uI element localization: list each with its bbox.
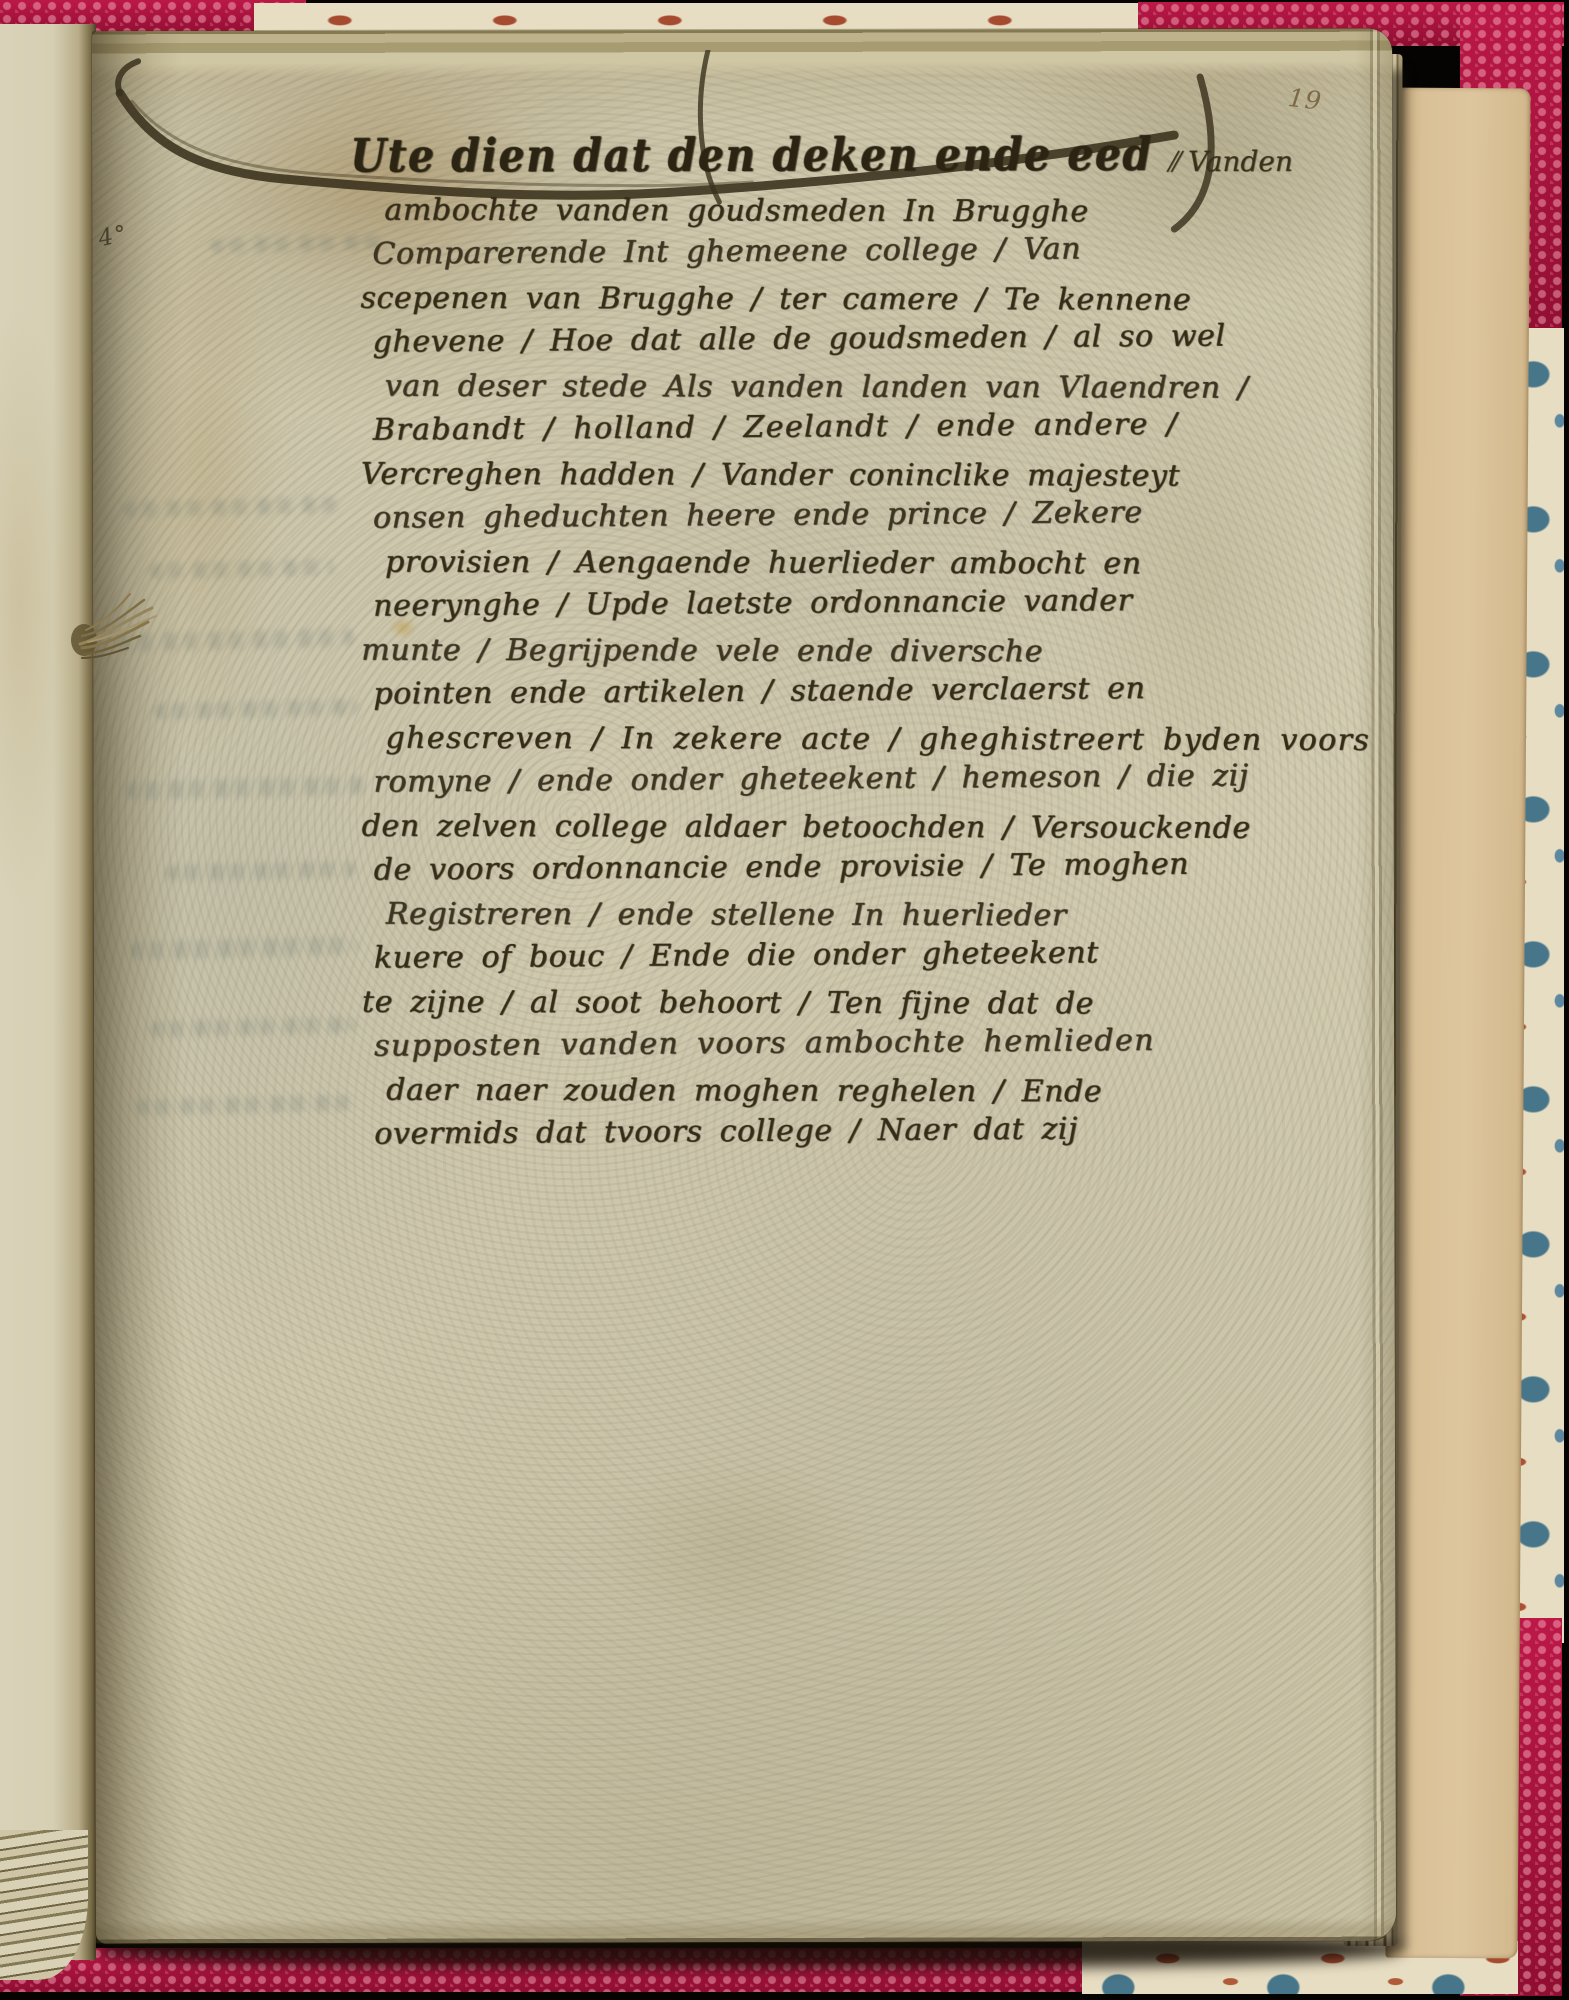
parchment-stain — [595, 1450, 875, 1641]
text-line: Comparerende Int ghemeene college / Van — [372, 227, 1110, 276]
show-through-text — [149, 559, 334, 579]
text-line: Brabandt / holland / Zeelandt / ende and… — [373, 403, 1111, 452]
text-line: ghevene / Hoe dat alle de goudsmeden / a… — [372, 315, 1110, 364]
opening-line: Ute dien dat den deken ende eed ⫽ Vanden — [350, 133, 1110, 183]
scanned-book-opening: 4° 19 Ute dien dat den deken ende eed ⫽ … — [0, 0, 1569, 2000]
text-line: kuere of bouc / Ende die onder gheteeken… — [374, 931, 1112, 980]
text-line: overmids dat tvoors college / Naer dat z… — [374, 1107, 1112, 1156]
opening-line-tail: ⫽ Vanden — [1167, 145, 1293, 179]
show-through-text — [166, 861, 356, 881]
text-line: pointen ende artikelen / staende verclae… — [373, 667, 1111, 716]
opening-line-display-script: Ute dien dat den deken ende eed — [350, 127, 1152, 182]
page-top-fold-edge — [92, 29, 1392, 78]
text-line: onsen gheduchten heere ende prince / Zek… — [373, 491, 1111, 540]
gutter-shadow — [92, 31, 186, 1943]
manuscript-page: 4° 19 Ute dien dat den deken ende eed ⫽ … — [92, 29, 1396, 1944]
text-line: romyne / ende onder gheteekent / hemeson… — [373, 755, 1111, 804]
text-line: de voors ordonnancie ende provisie / Te … — [374, 843, 1112, 892]
tan-flyleaf — [1385, 88, 1530, 1959]
show-through-text — [150, 1017, 356, 1038]
show-through-text — [153, 699, 358, 720]
folio-number: 19 — [1287, 83, 1324, 116]
text-line: neerynghe / Upde laetste ordonnancie van… — [373, 579, 1111, 628]
facing-page-edge — [0, 24, 96, 1960]
page-right-edge — [1356, 29, 1396, 1941]
text-block: Ute dien dat den deken ende eed ⫽ Vanden… — [350, 133, 1112, 1157]
text-line: supposten vanden voors ambochte hemliede… — [374, 1019, 1112, 1068]
page-bottom-edge — [96, 1917, 1396, 1944]
show-through-text — [130, 936, 358, 959]
stacked-leaf-edges-bottom-left — [0, 1830, 88, 1980]
